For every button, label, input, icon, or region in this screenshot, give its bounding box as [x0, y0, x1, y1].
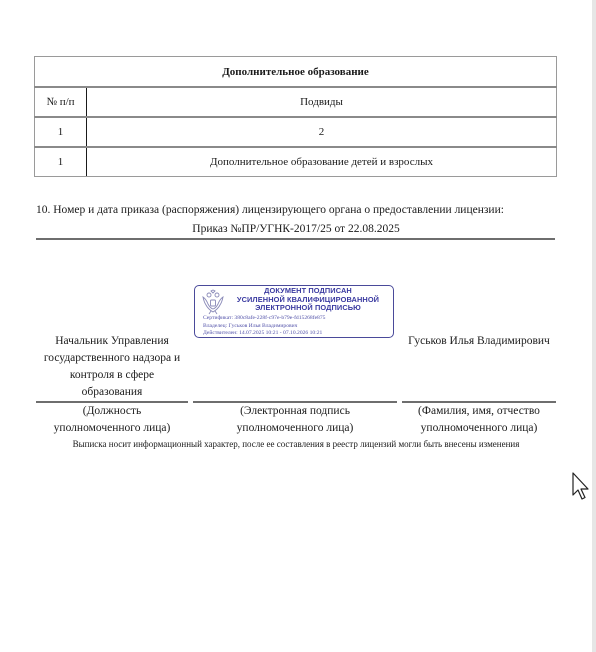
scrollbar-track[interactable] — [592, 0, 596, 652]
table-title: Дополнительное образование — [35, 57, 557, 88]
stamp-title-line: ЭЛЕКТРОННОЙ ПОДПИСЬЮ — [225, 304, 391, 313]
caption-line: уполномоченного лица) — [36, 420, 188, 437]
table-row: 1 Дополнительное образование детей и взр… — [35, 147, 557, 177]
caption-signature: (Электронная подпись уполномоченного лиц… — [193, 403, 397, 437]
signatory-position: Начальник Управления государственного на… — [36, 333, 188, 401]
caption-line: (Фамилия, имя, отчество — [400, 403, 558, 420]
table-row: 1 2 — [35, 117, 557, 147]
coat-of-arms-icon — [200, 289, 226, 315]
stamp-title: ДОКУМЕНТ ПОДПИСАН УСИЛЕННОЙ КВАЛИФИЦИРОВ… — [225, 287, 391, 313]
header-subtypes: Подвиды — [87, 87, 557, 117]
stamp-details: Сертификат: 380c8afe-228f-c97e-b79e-fd15… — [203, 315, 325, 338]
header-num: № п/п — [35, 87, 87, 117]
order-value: Приказ №ПР/УГНК-2017/25 от 22.08.2025 — [36, 223, 556, 235]
row-value: 2 — [87, 117, 557, 147]
position-line: Начальник Управления — [36, 333, 188, 350]
caption-line: уполномоченного лица) — [400, 420, 558, 437]
caption-position: (Должность уполномоченного лица) — [36, 403, 188, 437]
table-header-row: № п/п Подвиды — [35, 87, 557, 117]
row-num: 1 — [35, 147, 87, 177]
position-line: контроля в сфере — [36, 367, 188, 384]
activity-table: Дополнительное образование № п/п Подвиды… — [34, 56, 557, 177]
row-value: Дополнительное образование детей и взрос… — [87, 147, 557, 177]
caption-name: (Фамилия, имя, отчество уполномоченного … — [400, 403, 558, 437]
mouse-pointer-icon — [571, 471, 591, 501]
position-line: образования — [36, 384, 188, 401]
signature-stamp: ДОКУМЕНТ ПОДПИСАН УСИЛЕННОЙ КВАЛИФИЦИРОВ… — [194, 285, 394, 338]
stamp-certificate: Сертификат: 380c8afe-228f-c97e-b79e-fd15… — [203, 315, 325, 323]
stamp-validity: Действителен: 14.07.2025 10:21 - 07.10.2… — [203, 330, 325, 338]
position-line: государственного надзора и — [36, 350, 188, 367]
signatory-name: Гуськов Илья Владимирович — [400, 333, 558, 350]
caption-line: (Электронная подпись — [193, 403, 397, 420]
order-label: 10. Номер и дата приказа (распоряжения) … — [36, 204, 504, 216]
order-underline — [36, 238, 555, 240]
caption-line: уполномоченного лица) — [193, 420, 397, 437]
footnote: Выписка носит информационный характер, п… — [36, 439, 556, 449]
table-title-row: Дополнительное образование — [35, 57, 557, 88]
caption-line: (Должность — [36, 403, 188, 420]
row-num: 1 — [35, 117, 87, 147]
